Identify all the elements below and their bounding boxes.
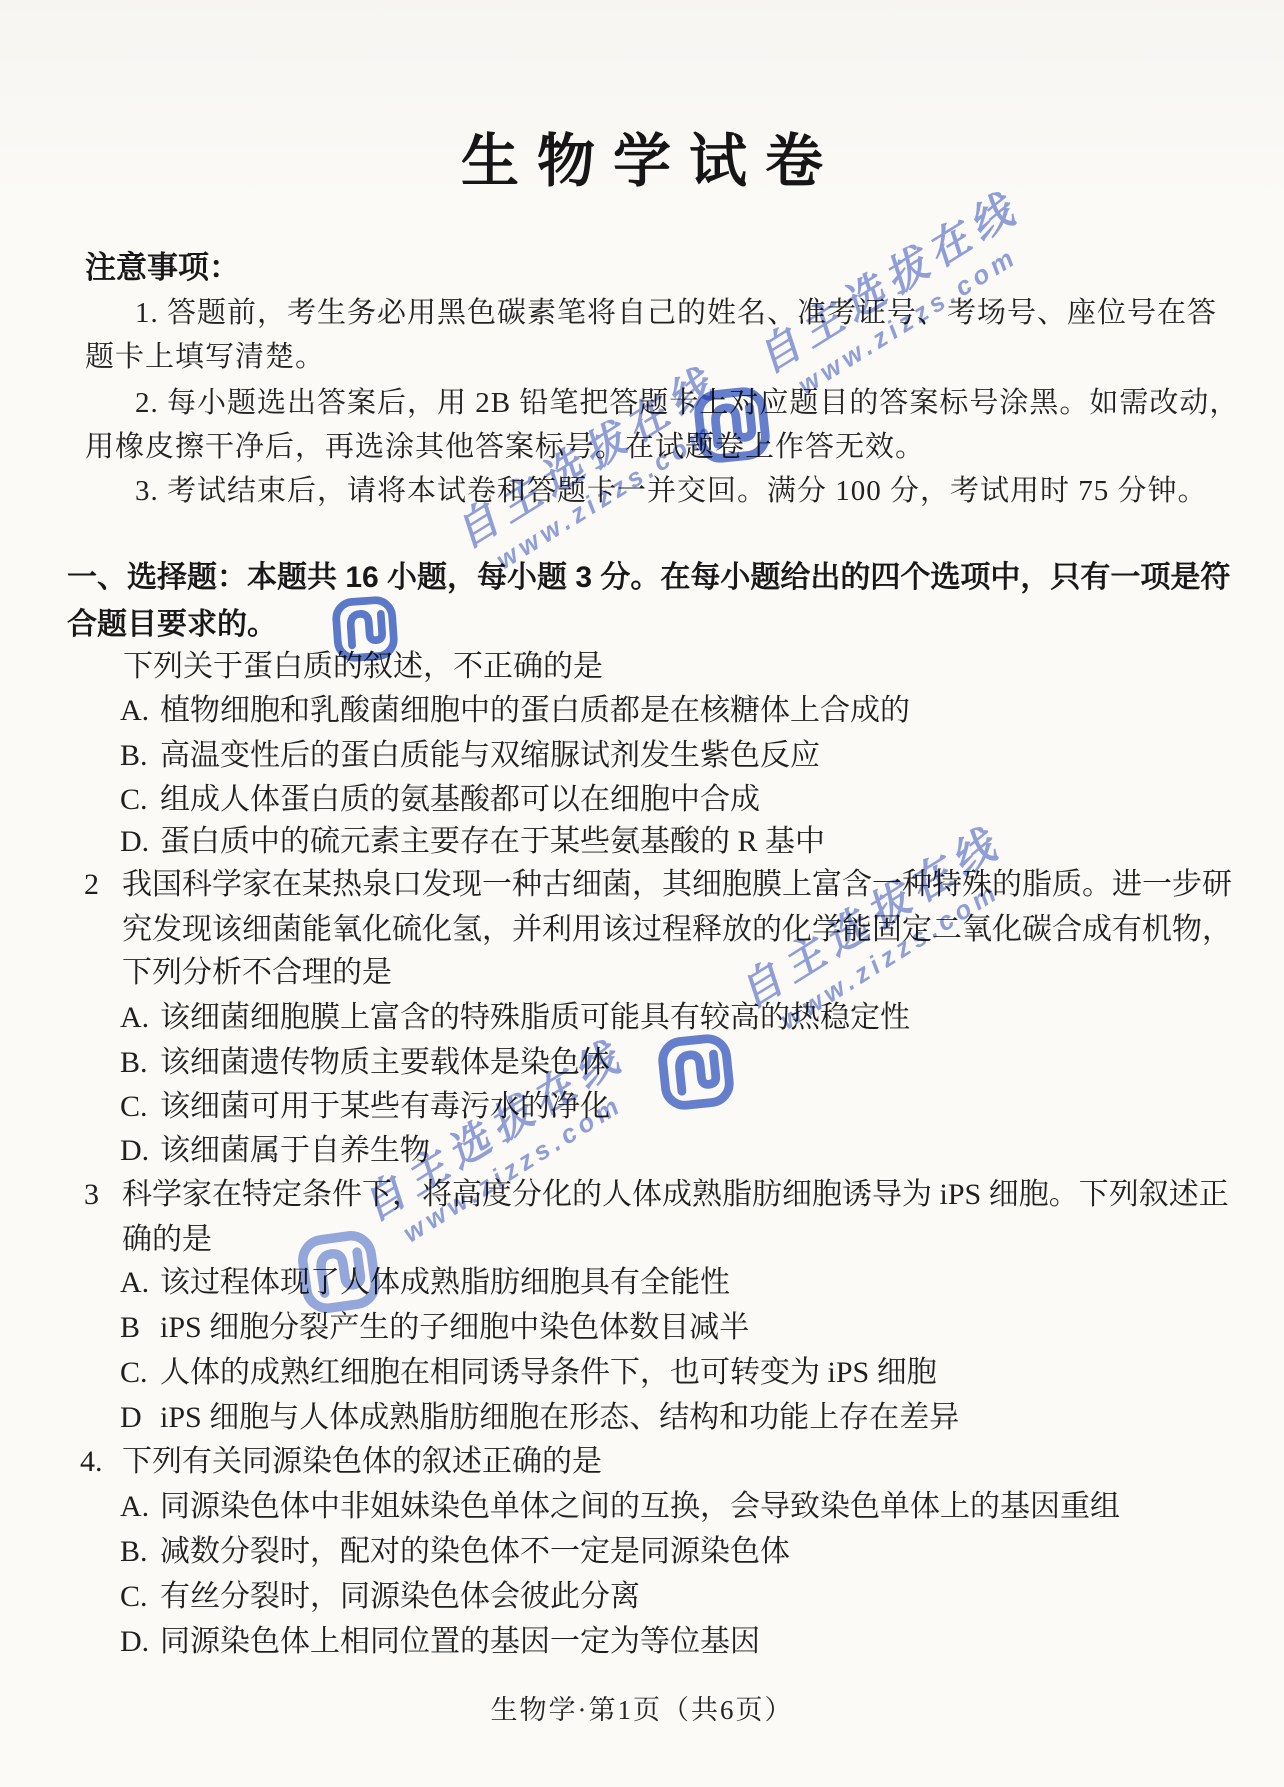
question-2-option-b: B. 该细菌遗传物质主要载体是染色体 — [120, 1044, 610, 1082]
option-text: 有丝分裂时，同源染色体会彼此分离 — [160, 1578, 640, 1616]
notice-item2-line2: 用橡皮擦干净后，再选涂其他答案标号。在试题卷上作答无效。 — [85, 428, 925, 466]
page-footer: 生物学·第1页（共6页） — [0, 1688, 1284, 1727]
option-letter: B — [120, 1309, 160, 1347]
section-header-line1: 一、选择题：本题共 16 小题，每小题 3 分。在每小题给出的四个选项中，只有一… — [67, 559, 1230, 597]
option-text: iPS 细胞与人体成熟脂肪细胞在形态、结构和功能上存在差异 — [160, 1399, 959, 1437]
question-4-number: 4. — [80, 1443, 103, 1481]
watermark-brand-text: 自主选拔在线 — [749, 184, 1029, 384]
option-letter: C. — [120, 1088, 160, 1126]
notice-item3-line1: 3. 考试结束后，请将本试卷和答题卡一并交回。满分 100 分，考试用时 75 … — [135, 472, 1208, 510]
question-1-option-b: B. 高温变性后的蛋白质能与双缩脲试剂发生紫色反应 — [120, 737, 820, 775]
option-letter: A. — [120, 1264, 160, 1302]
zizzs-logo-icon — [648, 1028, 744, 1117]
question-3-stem-line2: 确的是 — [122, 1221, 212, 1259]
question-2-option-c: C. 该细菌可用于某些有毒污水的净化 — [120, 1088, 610, 1126]
option-text: 同源染色体中非姐妹染色单体之间的互换，会导致染色单体上的基因重组 — [160, 1488, 1120, 1526]
option-text: 组成人体蛋白质的氨基酸都可以在细胞中合成 — [160, 781, 760, 819]
option-text: 高温变性后的蛋白质能与双缩脲试剂发生紫色反应 — [160, 737, 820, 775]
question-1-option-a: A. 植物细胞和乳酸菌细胞中的蛋白质都是在核糖体上合成的 — [120, 692, 910, 730]
option-letter: D — [120, 1399, 160, 1437]
option-letter: B. — [120, 1533, 160, 1571]
question-2-stem-line3: 下列分析不合理的是 — [122, 954, 392, 992]
option-letter: A. — [120, 692, 160, 730]
option-text: 减数分裂时，配对的染色体不一定是同源染色体 — [160, 1533, 790, 1571]
question-4-option-b: B. 减数分裂时，配对的染色体不一定是同源染色体 — [120, 1533, 790, 1571]
question-3-stem-line1: 科学家在特定条件下，将高度分化的人体成熟脂肪细胞诱导为 iPS 细胞。下列叙述正 — [122, 1176, 1229, 1214]
option-text: 人体的成熟红细胞在相同诱导条件下，也可转变为 iPS 细胞 — [160, 1354, 937, 1392]
question-4-stem-line1: 下列有关同源染色体的叙述正确的是 — [122, 1443, 602, 1481]
question-2-number: 2 — [84, 866, 99, 904]
option-text: 该细菌可用于某些有毒污水的净化 — [160, 1088, 610, 1126]
option-letter: C. — [120, 781, 160, 819]
option-letter: D. — [120, 1623, 160, 1661]
notice-item2-line1: 2. 每小题选出答案后，用 2B 铅笔把答题卡上对应题目的答案标号涂黑。如需改动… — [135, 384, 1239, 422]
section-header-line2: 合题目要求的。 — [67, 606, 277, 644]
option-letter: A. — [120, 999, 160, 1037]
option-letter: D. — [120, 1132, 160, 1170]
question-2-stem-line1: 我国科学家在某热泉口发现一种古细菌，其细胞膜上富含一种特殊的脂质。进一步研 — [122, 866, 1232, 904]
exam-title: 生物学试卷 — [0, 126, 1284, 199]
question-3-number: 3 — [84, 1176, 99, 1214]
option-letter: C. — [120, 1354, 160, 1392]
question-3-option-d: D iPS 细胞与人体成熟脂肪细胞在形态、结构和功能上存在差异 — [120, 1399, 959, 1437]
option-text: 同源染色体上相同位置的基因一定为等位基因 — [160, 1623, 760, 1661]
question-3-option-b: B iPS 细胞分裂产生的子细胞中染色体数目减半 — [120, 1309, 749, 1347]
option-letter: B. — [120, 737, 160, 775]
question-1-stem-line1: 下列关于蛋白质的叙述，不正确的是 — [123, 648, 603, 686]
notice-item1-line1: 1. 答题前，考生务必用黑色碳素笔将自己的姓名、准考证号、考场号、座位号在答 — [135, 294, 1217, 332]
exam-paper-page: 生物学试卷 注意事项： 1. 答题前，考生务必用黑色碳素笔将自己的姓名、准考证号… — [0, 0, 1284, 1787]
question-2-stem-line2: 究发现该细菌能氧化硫化氢，并利用该过程释放的化学能固定二氧化碳合成有机物， — [122, 911, 1232, 949]
option-text: 蛋白质中的硫元素主要存在于某些氨基酸的 R 基中 — [160, 823, 825, 861]
option-text: 该细菌遗传物质主要载体是染色体 — [160, 1044, 610, 1082]
question-4-option-d: D. 同源染色体上相同位置的基因一定为等位基因 — [120, 1623, 760, 1661]
question-4-option-c: C. 有丝分裂时，同源染色体会彼此分离 — [120, 1578, 640, 1616]
notice-heading: 注意事项： — [85, 249, 240, 287]
option-letter: B. — [120, 1044, 160, 1082]
option-letter: A. — [120, 1488, 160, 1526]
option-letter: D. — [120, 823, 160, 861]
question-2-option-d: D. 该细菌属于自养生物 — [120, 1132, 430, 1170]
question-2-option-a: A. 该细菌细胞膜上富含的特殊脂质可能具有较高的热稳定性 — [120, 999, 910, 1037]
option-text: 该细菌细胞膜上富含的特殊脂质可能具有较高的热稳定性 — [160, 999, 910, 1037]
question-1-option-d: D. 蛋白质中的硫元素主要存在于某些氨基酸的 R 基中 — [120, 823, 825, 861]
option-text: iPS 细胞分裂产生的子细胞中染色体数目减半 — [160, 1309, 749, 1347]
question-1-option-c: C. 组成人体蛋白质的氨基酸都可以在细胞中合成 — [120, 781, 760, 819]
notice-item1-line2: 题卡上填写清楚。 — [85, 338, 325, 376]
question-4-option-a: A. 同源染色体中非姐妹染色单体之间的互换，会导致染色单体上的基因重组 — [120, 1488, 1120, 1526]
option-text: 植物细胞和乳酸菌细胞中的蛋白质都是在核糖体上合成的 — [160, 692, 910, 730]
question-3-option-c: C. 人体的成熟红细胞在相同诱导条件下，也可转变为 iPS 细胞 — [120, 1354, 937, 1392]
option-text: 该细菌属于自养生物 — [160, 1132, 430, 1170]
question-3-option-a: A. 该过程体现了人体成熟脂肪细胞具有全能性 — [120, 1264, 730, 1302]
option-letter: C. — [120, 1578, 160, 1616]
option-text: 该过程体现了人体成熟脂肪细胞具有全能性 — [160, 1264, 730, 1302]
